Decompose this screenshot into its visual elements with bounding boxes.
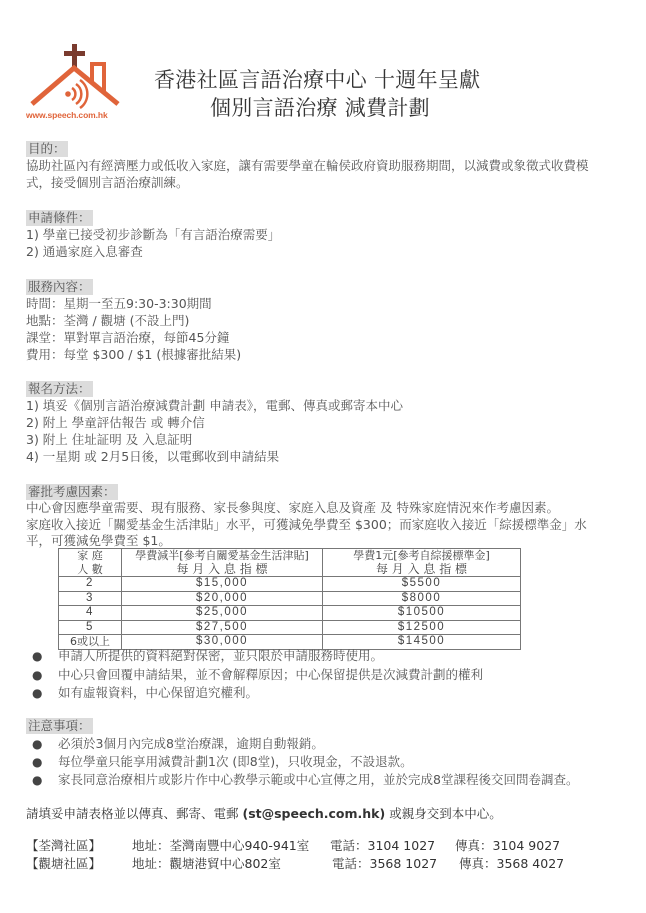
section-heading-application: 報名方法： <box>26 381 93 397</box>
application-step: 3) 附上 住址証明 及 入息証明 <box>26 432 192 448</box>
logo-url[interactable]: www.speech.com.hk <box>26 110 126 120</box>
cell-family-size: 3 <box>59 591 122 606</box>
submit-instructions: 請填妥申請表格並以傳真、郵寄、電郵 (st@speech.com.hk) 或親身… <box>26 806 502 822</box>
branch-name: 【荃灣社區】 <box>26 838 101 854</box>
submit-text: 或親身交到本中心。 <box>385 806 501 821</box>
email-link[interactable]: (st@speech.com.hk) <box>242 806 385 821</box>
purpose-line: 式，接受個別言語治療訓練。 <box>26 175 189 191</box>
page-title: 香港社區言語治療中心 十週年呈獻 <box>154 64 480 94</box>
cell-one-dollar-income: $5500 <box>323 577 521 592</box>
house-cross-logo-icon <box>26 42 126 112</box>
service-fee: 費用：每堂 $300 / $1 (根據審批結果) <box>26 347 241 363</box>
cell-family-size: 5 <box>59 620 122 635</box>
bullet-icon: ● <box>32 648 42 664</box>
service-class: 課堂：單對單言語治療，每節45分鐘 <box>26 330 229 346</box>
branch-address: 地址：觀塘港貿中心802室 <box>132 856 281 872</box>
branch-fax: 傳真：3104 9027 <box>455 838 560 854</box>
bullet-icon: ● <box>32 754 42 770</box>
header-family-size: 家 庭 人 數 <box>59 549 122 577</box>
section-heading-eligibility: 申請條件： <box>26 210 93 226</box>
cell-family-size: 4 <box>59 606 122 621</box>
bullet-icon: ● <box>32 772 42 788</box>
cell-half-fee-income: $27,500 <box>122 620 323 635</box>
application-step: 2) 附上 學童評估報告 或 轉介信 <box>26 415 205 431</box>
table-row: 5 $27,500 $12500 <box>59 620 521 635</box>
header-half-fee: 學費減半[參考自關愛基金生活津貼] 每 月 入 息 指 標 <box>122 549 323 577</box>
cell-half-fee-income: $20,000 <box>122 591 323 606</box>
purpose-line: 協助社區內有經濟壓力或低收入家庭，讓有需要學童在輪侯政府資助服務期間，以減費或象… <box>26 158 589 174</box>
service-time: 時間：星期一至五9:30-3:30期間 <box>26 296 212 312</box>
assessment-line: 家庭收入接近「關愛基金生活津貼」水平，可獲減免學費至 $300；而家庭收入接近「… <box>26 517 587 533</box>
branch-phone: 電話：3104 1027 <box>330 838 435 854</box>
income-threshold-table: 家 庭 人 數 學費減半[參考自關愛基金生活津貼] 每 月 入 息 指 標 學費… <box>58 548 521 650</box>
assessment-line: 平，可獲減免學費至 $1。 <box>26 533 171 549</box>
eligibility-item: 2) 通過家庭入息審查 <box>26 244 143 260</box>
privacy-note: 申請人所提供的資料絕對保密，並只限於申請服務時使用。 <box>58 648 383 664</box>
header-text: 學費減半[參考自關愛基金生活津貼] <box>122 549 322 563</box>
bullet-icon: ● <box>32 736 42 752</box>
header-text: 家 庭 <box>59 549 121 563</box>
cell-family-size: 2 <box>59 577 122 592</box>
branch-name: 【觀塘社區】 <box>26 856 101 872</box>
privacy-note: 如有虛報資料，中心保留追究權利。 <box>58 685 258 701</box>
cell-family-size: 6或以上 <box>59 635 122 650</box>
section-heading-service: 服務內容： <box>26 279 93 295</box>
header-text: 人 數 <box>59 563 121 577</box>
note-item: 家長同意治療相片或影片作中心教學示範或中心宣傳之用，並於完成8堂課程後交回問卷調… <box>58 772 578 788</box>
branch-fax: 傳真：3568 4027 <box>459 856 564 872</box>
table-row: 3 $20,000 $8000 <box>59 591 521 606</box>
cell-half-fee-income: $25,000 <box>122 606 323 621</box>
table-row: 2 $15,000 $5500 <box>59 577 521 592</box>
cell-half-fee-income: $15,000 <box>122 577 323 592</box>
bullet-icon: ● <box>32 685 42 701</box>
section-heading-notes: 注意事項： <box>26 718 93 734</box>
submit-text: 請填妥申請表格並以傳真、郵寄、電郵 <box>26 806 242 821</box>
privacy-note: 中心只會回覆申請結果，並不會解釋原因；中心保留提供是次減費計劃的權利 <box>58 667 483 683</box>
application-step: 1) 填妥《個別言語治療減費計劃 申請表》，電郵、傳真或郵寄本中心 <box>26 398 403 414</box>
eligibility-item: 1) 學童已接受初步診斷為「有言語治療需要」 <box>26 227 280 243</box>
page-subtitle: 個別言語治療 減費計劃 <box>210 92 430 122</box>
cell-one-dollar-income: $8000 <box>323 591 521 606</box>
table-row: 6或以上 $30,000 $14500 <box>59 635 521 650</box>
service-location: 地點：荃灣 / 觀塘 (不設上門) <box>26 313 189 329</box>
bullet-icon: ● <box>32 667 42 683</box>
header-text: 每 月 入 息 指 標 <box>122 563 322 577</box>
header-text: 學費1元[參考自綜援標準金] <box>323 549 520 563</box>
section-heading-assessment: 審批考慮因素： <box>26 484 118 500</box>
cell-one-dollar-income: $10500 <box>323 606 521 621</box>
cell-one-dollar-income: $14500 <box>323 635 521 650</box>
branch-phone: 電話：3568 1027 <box>332 856 437 872</box>
branch-address: 地址：荃灣南豐中心940-941室 <box>132 838 309 854</box>
assessment-line: 中心會因應學童需要、現有服務、家長參與度、家庭入息及資產 及 特殊家庭情況來作考… <box>26 500 559 516</box>
section-heading-purpose: 目的： <box>26 141 68 157</box>
note-item: 必須於3個月內完成8堂治療課，逾期自動報銷。 <box>58 736 324 752</box>
cell-one-dollar-income: $12500 <box>323 620 521 635</box>
table-header-row: 家 庭 人 數 學費減半[參考自關愛基金生活津貼] 每 月 入 息 指 標 學費… <box>59 549 521 577</box>
note-item: 每位學童只能享用減費計劃1次 (即8堂)，只收現金，不設退款。 <box>58 754 413 770</box>
application-step: 4) 一星期 或 2月5日後，以電郵收到申請結果 <box>26 449 279 465</box>
header-text: 每 月 入 息 指 標 <box>323 563 520 577</box>
cell-half-fee-income: $30,000 <box>122 635 323 650</box>
header-one-dollar-fee: 學費1元[參考自綜援標準金] 每 月 入 息 指 標 <box>323 549 521 577</box>
table-row: 4 $25,000 $10500 <box>59 606 521 621</box>
